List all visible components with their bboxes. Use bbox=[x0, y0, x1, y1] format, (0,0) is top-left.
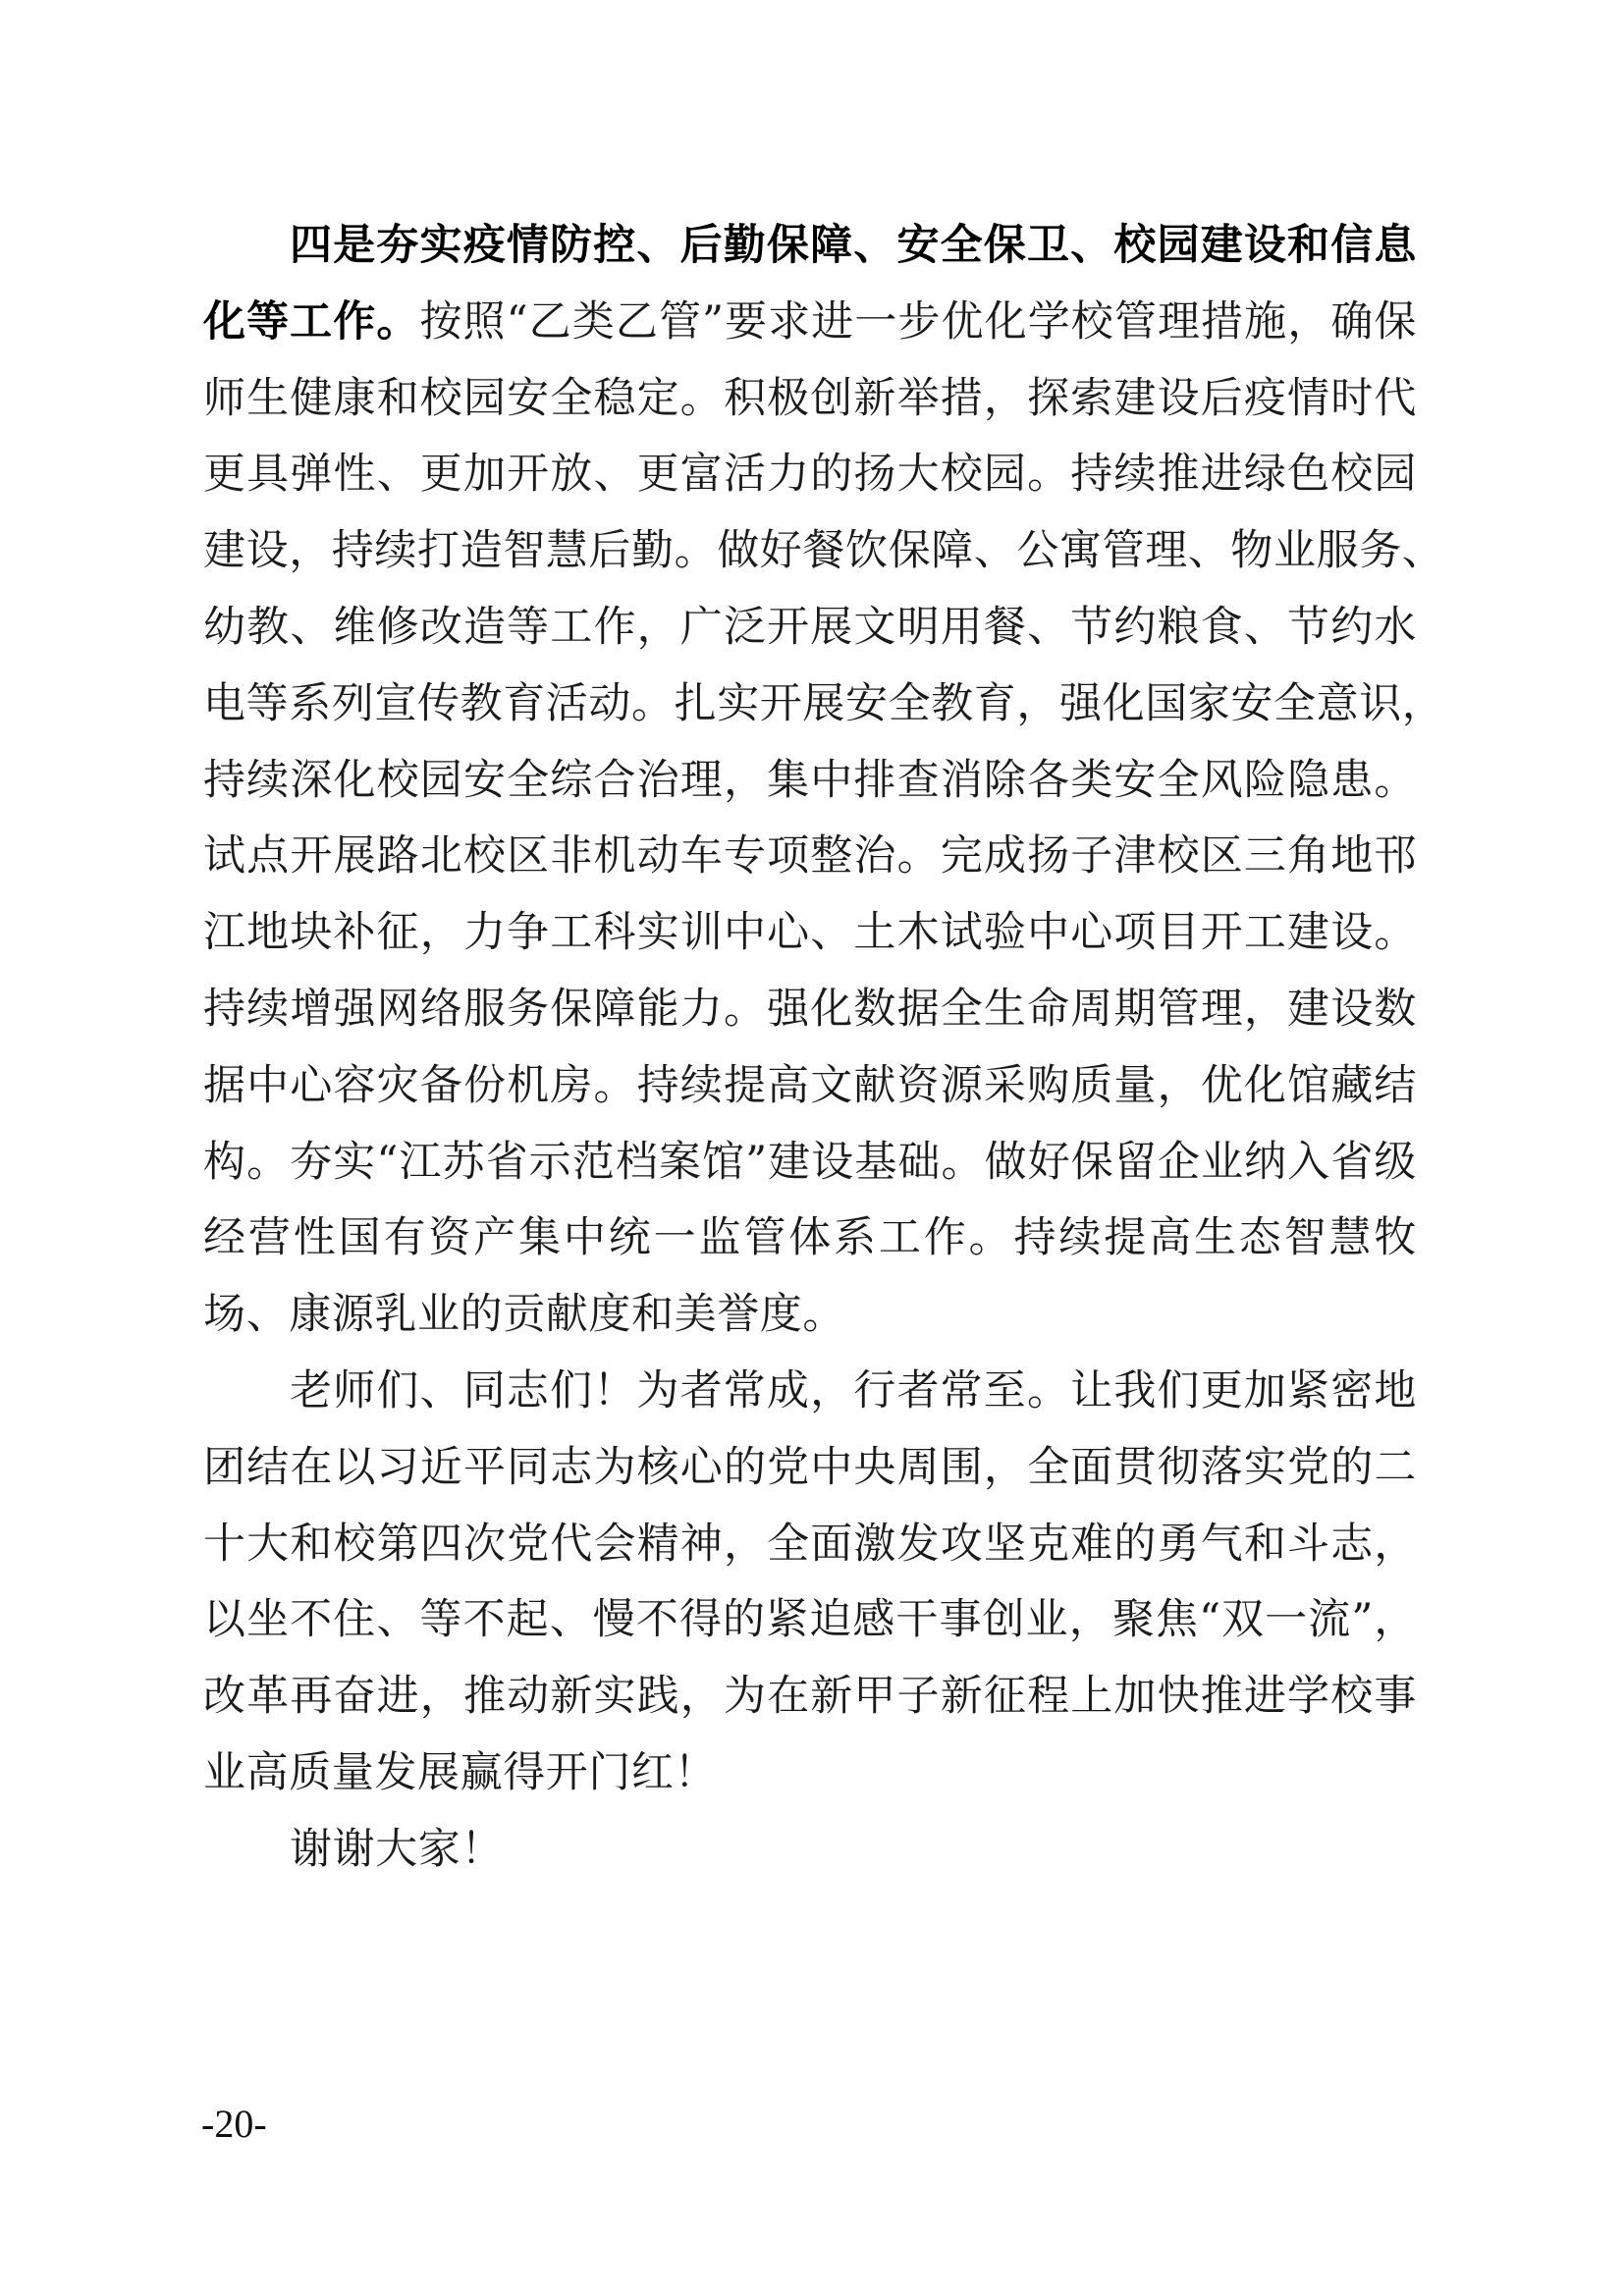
body-text: 四是夯实疫情防控、后勤保障、安全保卫、校园建设和信息 化等工作。按照“乙类乙管”… bbox=[203, 208, 1417, 1889]
text-line: 经营性国有资产集中统一监管体系工作。持续提高生态智慧牧 bbox=[203, 1201, 1417, 1277]
text-line: 建设，持续打造智慧后勤。做好餐饮保障、公寓管理、物业服务、 bbox=[203, 513, 1417, 590]
text-line: 更具弹性、更加开放、更富活力的扬大校园。持续推进绿色校园 bbox=[203, 437, 1417, 513]
text-line: 老师们、同志们！为者常成，行者常至。让我们更加紧密地 bbox=[203, 1354, 1417, 1430]
bold-heading: 化等工作。 bbox=[203, 297, 419, 347]
text-line: 持续增强网络服务保障能力。强化数据全生命周期管理，建设数 bbox=[203, 972, 1417, 1048]
page-number: -20- bbox=[201, 2101, 267, 2147]
text-line: 构。夯实“江苏省示范档案馆”建设基础。做好保留企业纳入省级 bbox=[203, 1125, 1417, 1201]
text-line: 江地块补征，力争工科实训中心、土木试验中心项目开工建设。 bbox=[203, 895, 1417, 972]
document-page: 四是夯实疫情防控、后勤保障、安全保卫、校园建设和信息 化等工作。按照“乙类乙管”… bbox=[0, 0, 1624, 2296]
text-line: 改革再奋进，推动新实践，为在新甲子新征程上加快推进学校事 bbox=[203, 1659, 1417, 1735]
text-line: 以坐不住、等不起、慢不得的紧迫感干事创业，聚焦“双一流”， bbox=[203, 1582, 1417, 1659]
closing-line: 谢谢大家！ bbox=[203, 1812, 1417, 1889]
text-line: 四是夯实疫情防控、后勤保障、安全保卫、校园建设和信息 bbox=[203, 208, 1417, 285]
text-line: 团结在以习近平同志为核心的党中央周围，全面贯彻落实党的二 bbox=[203, 1430, 1417, 1507]
text-line: 幼教、维修改造等工作，广泛开展文明用餐、节约粮食、节约水 bbox=[203, 590, 1417, 667]
text-line: 持续深化校园安全综合治理，集中排查消除各类安全风险隐患。 bbox=[203, 743, 1417, 820]
bold-heading: 四是夯实疫情防控、后勤保障、安全保卫、校园建设和信息 bbox=[290, 221, 1417, 270]
text-line: 化等工作。按照“乙类乙管”要求进一步优化学校管理措施，确保 bbox=[203, 285, 1417, 361]
text-line: 据中心容灾备份机房。持续提高文献资源采购质量，优化馆藏结 bbox=[203, 1048, 1417, 1125]
text-line: 电等系列宣传教育活动。扎实开展安全教育，强化国家安全意识， bbox=[203, 667, 1417, 743]
text-line: 试点开展路北校区非机动车专项整治。完成扬子津校区三角地邗 bbox=[203, 819, 1417, 895]
text-line: 场、康源乳业的贡献度和美誉度。 bbox=[203, 1277, 1417, 1354]
text-line: 业高质量发展赢得开门红！ bbox=[203, 1735, 1417, 1812]
text-line: 师生健康和校园安全稳定。积极创新举措，探索建设后疫情时代 bbox=[203, 361, 1417, 438]
text-line: 十大和校第四次党代会精神，全面激发攻坚克难的勇气和斗志， bbox=[203, 1507, 1417, 1583]
